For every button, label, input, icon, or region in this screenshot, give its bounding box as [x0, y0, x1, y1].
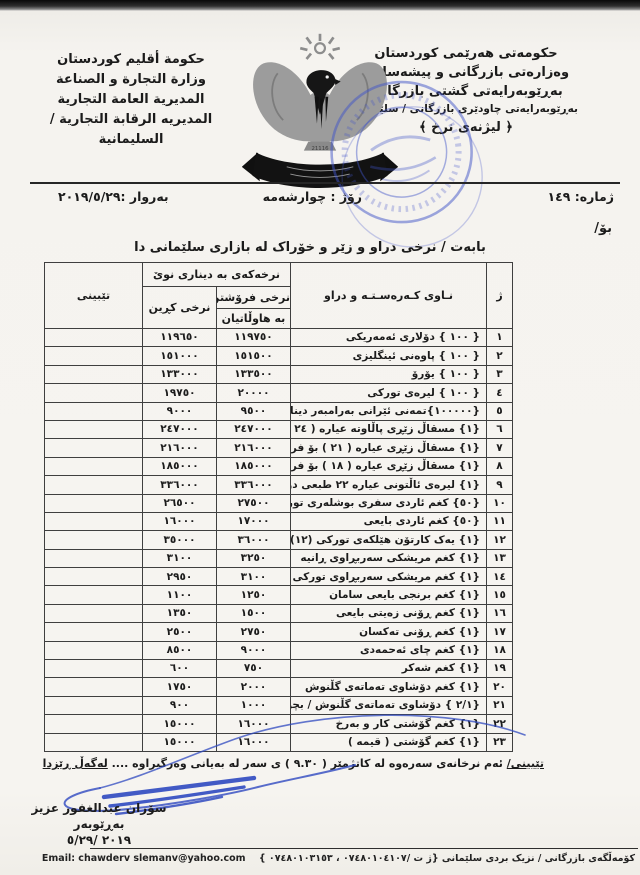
- row-note: [45, 347, 143, 365]
- price-table-body: ١ { ١٠٠ } دۆلاری ئەمەریکی ١١٩٧٥٠ ١١٩٦٥٠ …: [45, 329, 513, 752]
- row-buy-price: ١٣٣٠٠٠: [143, 365, 217, 383]
- row-number: ١٧: [487, 623, 513, 641]
- signatory-role: بەڕێوبەر: [26, 816, 172, 832]
- row-item-name: {١} کغم مریشکی سەربڕاوی ڕانیە: [291, 549, 487, 567]
- col-header-price-group: نرخەکەی بە دیناری نوێ: [143, 263, 291, 287]
- row-sell-price: ١٥١٥٠٠: [217, 347, 291, 365]
- header-line: المديريه الرقابة التجارية / السليمانية: [20, 110, 242, 150]
- row-buy-price: ٢٩٥٠: [143, 568, 217, 586]
- row-number: ٢: [487, 347, 513, 365]
- row-item-name: {١} کغم گۆشتی ( قیمە ): [291, 733, 487, 751]
- row-note: [45, 531, 143, 549]
- row-number: ١٥: [487, 586, 513, 604]
- row-note: [45, 329, 143, 347]
- row-buy-price: ٦٠٠: [143, 660, 217, 678]
- row-number: ٤: [487, 384, 513, 402]
- row-item-name: {١} کغم چای ئەحمەدی: [291, 641, 487, 659]
- row-number: ٢٣: [487, 733, 513, 751]
- row-number: ١٨: [487, 641, 513, 659]
- row-buy-price: ١١٠٠: [143, 586, 217, 604]
- row-buy-price: ١٩٧٥٠: [143, 384, 217, 402]
- row-buy-price: ١٧٥٠: [143, 678, 217, 696]
- row-number: ٢٢: [487, 715, 513, 733]
- row-note: [45, 604, 143, 622]
- row-sell-price: ١٠٠٠: [217, 696, 291, 714]
- row-sell-price: ٢٤٧٠٠٠: [217, 420, 291, 438]
- row-item-name: { ١٠٠ } یۆرۆ: [291, 365, 487, 383]
- row-number: ١٩: [487, 660, 513, 678]
- header-line: وزارة التجارة و الصناعة: [20, 70, 242, 90]
- row-item-name: {١} کغم دۆشاوی تەماتەی گڵنوش: [291, 678, 487, 696]
- row-item-name: {١} کغم گۆشتی کار و بەرخ: [291, 715, 487, 733]
- row-sell-price: ٣٣٦٠٠٠: [217, 476, 291, 494]
- table-row: ٩ {١} لیرەی ئاڵتونی عیارە ٢٢ طبعی دووبەی…: [45, 476, 513, 494]
- row-note: [45, 476, 143, 494]
- row-item-name: {٥٠} کغم ئاردی بایعی: [291, 512, 487, 530]
- footnote-line: تێبینی/ ئەم نرخانەی سەرەوە لە کاتژمێر ( …: [43, 757, 544, 770]
- row-sell-price: ٢١٦٠٠٠: [217, 439, 291, 457]
- row-buy-price: ١٥١٠٠٠: [143, 347, 217, 365]
- table-row: ١٩ {١} کغم شەکر ٧٥٠ ٦٠٠: [45, 660, 513, 678]
- row-number: ١٤: [487, 568, 513, 586]
- table-row: ١١ {٥٠} کغم ئاردی بایعی ١٧٠٠٠ ١٦٠٠٠: [45, 512, 513, 530]
- table-row: ١٤ {١} کغم مریشکی سەربڕاوی تورکی ٣١٠٠ ٢٩…: [45, 568, 513, 586]
- row-number: ٩: [487, 476, 513, 494]
- row-number: ١٢: [487, 531, 513, 549]
- row-note: [45, 457, 143, 475]
- row-sell-price: ١٢٥٠: [217, 586, 291, 604]
- row-buy-price: ٢١٦٠٠٠: [143, 439, 217, 457]
- row-sell-price: ٧٥٠: [217, 660, 291, 678]
- row-sell-price: ١٧٠٠٠: [217, 512, 291, 530]
- row-sell-price: ١٦٠٠٠: [217, 715, 291, 733]
- footer-email: Email: chawderv slemanv@yahoo.com: [42, 853, 246, 864]
- row-sell-price: ٩٠٠٠: [217, 641, 291, 659]
- row-note: [45, 733, 143, 751]
- footer-contact-line: كۆمەڵگەی بازرگانی / نزیک بردی سلێمانی {ژ…: [90, 853, 635, 864]
- row-note: [45, 623, 143, 641]
- col-header-item-name: نـاوی کـەرەسـتـە و دراو: [291, 263, 487, 329]
- table-row: ١٨ {١} کغم چای ئەحمەدی ٩٠٠٠ ٨٥٠٠: [45, 641, 513, 659]
- row-number: ١٦: [487, 604, 513, 622]
- table-row: ١٢ {١} یەک کارتۆن هێلکەی تورکی (١٢) تەبە…: [45, 531, 513, 549]
- row-note: [45, 696, 143, 714]
- table-row: ١ { ١٠٠ } دۆلاری ئەمەریکی ١١٩٧٥٠ ١١٩٦٥٠: [45, 329, 513, 347]
- col-header-notes: تێبینی: [45, 263, 143, 329]
- row-note: [45, 586, 143, 604]
- row-number: ٢٠: [487, 678, 513, 696]
- kurdistan-eagle-emblem: 21116: [242, 32, 398, 192]
- row-number: ٣: [487, 365, 513, 383]
- document-day: رۆژ : چوارشەمە: [263, 189, 362, 204]
- row-sell-price: ٢٧٥٠٠: [217, 494, 291, 512]
- row-item-name: {٢/١ } دۆشاوی تەماتەی گڵنوش / بچوک: [291, 696, 487, 714]
- row-note: [45, 384, 143, 402]
- row-note: [45, 420, 143, 438]
- row-sell-price: ١٣٣٥٠٠: [217, 365, 291, 383]
- row-buy-price: ١٦٠٠٠: [143, 512, 217, 530]
- row-item-name: {١} کغم ڕۆنی تەکسان: [291, 623, 487, 641]
- row-note: [45, 568, 143, 586]
- row-sell-price: ١١٩٧٥٠: [217, 329, 291, 347]
- row-buy-price: ٣٣٦٠٠٠: [143, 476, 217, 494]
- row-number: ٨: [487, 457, 513, 475]
- row-note: [45, 402, 143, 420]
- row-buy-price: ٢٤٧٠٠٠: [143, 420, 217, 438]
- meta-row: ژماره: ١٤٩ رۆژ : چوارشەمە بەروار :٢٠١٩/٥…: [30, 189, 620, 209]
- row-buy-price: ١٥٠٠٠: [143, 715, 217, 733]
- row-buy-price: ٣١٠٠: [143, 549, 217, 567]
- row-item-name: {١} کغم برنجی بایعی سامان: [291, 586, 487, 604]
- row-buy-price: ١٣٥٠: [143, 604, 217, 622]
- row-note: [45, 660, 143, 678]
- col-header-number: ژ: [487, 263, 513, 329]
- table-row: ٢٠ {١} کغم دۆشاوی تەماتەی گڵنوش ٢٠٠٠ ١٧٥…: [45, 678, 513, 696]
- table-row: ٢٢ {١} کغم گۆشتی کار و بەرخ ١٦٠٠٠ ١٥٠٠٠: [45, 715, 513, 733]
- row-buy-price: ٩٠٠٠: [143, 402, 217, 420]
- document-page: حکومەتی هەرێمی کوردستان وەزارەتی بازرگان…: [0, 0, 640, 875]
- table-row: ١٥ {١} کغم برنجی بایعی سامان ١٢٥٠ ١١٠٠: [45, 586, 513, 604]
- row-sell-price: ٢٠٠٠٠: [217, 384, 291, 402]
- row-item-name: { ١٠٠ } دۆلاری ئەمەریکی: [291, 329, 487, 347]
- row-item-name: {١} کغم مریشکی سەربڕاوی تورکی: [291, 568, 487, 586]
- table-row: ٣ { ١٠٠ } یۆرۆ ١٣٣٥٠٠ ١٣٣٠٠٠: [45, 365, 513, 383]
- table-row: ٧ {١} مسقاڵ زێڕی عیارە ( ٢١ ) بۆ فرۆشتن …: [45, 439, 513, 457]
- row-note: [45, 715, 143, 733]
- table-row: ٦ {١} مسقاڵ زێڕی پاڵاوتە عیارە ( ٢٤ ) بۆ…: [45, 420, 513, 438]
- row-item-name: { ١٠٠ } پاوەنی ئینگلیزی: [291, 347, 487, 365]
- row-number: ١: [487, 329, 513, 347]
- table-row: ٢ { ١٠٠ } پاوەنی ئینگلیزی ١٥١٥٠٠ ١٥١٠٠٠: [45, 347, 513, 365]
- table-row: ١٧ {١} کغم ڕۆنی تەکسان ٢٧٥٠ ٢٥٠٠: [45, 623, 513, 641]
- footer-divider: [90, 848, 638, 849]
- row-buy-price: ٨٥٠٠: [143, 641, 217, 659]
- header-line: حكومة أقليم كوردستان: [20, 50, 242, 70]
- row-item-name: {١} لیرەی ئاڵتونی عیارە ٢٢ طبعی دووبەی: [291, 476, 487, 494]
- row-item-name: {١} کغم ڕۆنی زەیتی بایعی: [291, 604, 487, 622]
- sun-icon: [300, 34, 340, 59]
- row-buy-price: ١٨٥٠٠٠: [143, 457, 217, 475]
- row-item-name: {١} کغم شەکر: [291, 660, 487, 678]
- row-number: ١١: [487, 512, 513, 530]
- document-date: بەروار :٢٠١٩/٥/٢٩: [58, 189, 169, 204]
- row-buy-price: ١١٩٦٥٠: [143, 329, 217, 347]
- table-row: ١٣ {١} کغم مریشکی سەربڕاوی ڕانیە ٣٢٥٠ ٣١…: [45, 549, 513, 567]
- table-row: ٨ {١} مسقاڵ زێڕی عیارە ( ١٨ ) بۆ فرۆشتن …: [45, 457, 513, 475]
- row-sell-price: ٢٧٥٠: [217, 623, 291, 641]
- row-buy-price: ٢٦٥٠٠: [143, 494, 217, 512]
- row-sell-price: ١٦٠٠٠: [217, 733, 291, 751]
- row-sell-price: ٣٢٥٠: [217, 549, 291, 567]
- row-item-name: {١} یەک کارتۆن هێلکەی تورکی (١٢) تەبەقی: [291, 531, 487, 549]
- svg-text:21116: 21116: [311, 146, 329, 152]
- table-row: ٥ {١٠٠٠٠٠}تمەنی ئێرانی بەرامبەر دیناری ع…: [45, 402, 513, 420]
- row-buy-price: ٣٥٠٠٠: [143, 531, 217, 549]
- row-note: [45, 678, 143, 696]
- row-sell-price: ٣١٠٠: [217, 568, 291, 586]
- row-number: ١٠: [487, 494, 513, 512]
- row-number: ٧: [487, 439, 513, 457]
- footnote-text: ئەم نرخانەی سەرەوە لە کاتژمێر ( ٩.٣٠ ) ی…: [108, 757, 503, 770]
- header-divider: [30, 182, 620, 184]
- row-item-name: {١} مسقاڵ زێڕی عیارە ( ٢١ ) بۆ فرۆشتن: [291, 439, 487, 457]
- scan-edge-top: [0, 0, 640, 11]
- price-table-header: ژ نـاوی کـەرەسـتـە و دراو نرخەکەی بە دین…: [45, 263, 513, 329]
- footer-address-phones: كۆمەڵگەی بازرگانی / نزیک بردی سلێمانی {ژ…: [259, 853, 635, 864]
- row-buy-price: ١٥٠٠٠: [143, 733, 217, 751]
- footnote-closing: لەگەڵ ڕێزدا: [43, 757, 108, 770]
- row-item-name: {١} مسقاڵ زێڕی پاڵاوتە عیارە ( ٢٤ ) بۆ ف…: [291, 420, 487, 438]
- row-number: ٢١: [487, 696, 513, 714]
- row-note: [45, 439, 143, 457]
- page-title: بابەت / نرخی دراو و زێر و خۆراک لە بازار…: [30, 240, 590, 255]
- price-table: ژ نـاوی کـەرەسـتـە و دراو نرخەکەی بە دین…: [44, 262, 513, 752]
- table-row: ٤ { ١٠٠ } لیرەی تورکی ٢٠٠٠٠ ١٩٧٥٠: [45, 384, 513, 402]
- row-number: ٥: [487, 402, 513, 420]
- col-header-sell-to-citizens: بە هاوڵاتیان: [217, 309, 291, 329]
- row-buy-price: ٩٠٠: [143, 696, 217, 714]
- row-note: [45, 549, 143, 567]
- col-header-buy-price: نرخی کڕین: [143, 287, 217, 329]
- footnote-label: تێبینی/: [507, 757, 544, 770]
- row-item-name: {١} مسقاڵ زێڕی عیارە ( ١٨ ) بۆ فرۆشتن: [291, 457, 487, 475]
- row-note: [45, 494, 143, 512]
- header-arabic-block: حكومة أقليم كوردستان وزارة التجارة و الص…: [20, 50, 242, 150]
- document-number: ژماره: ١٤٩: [548, 189, 614, 204]
- row-note: [45, 365, 143, 383]
- row-number: ١٣: [487, 549, 513, 567]
- row-item-name: {١٠٠٠٠٠}تمەنی ئێرانی بەرامبەر دیناری عێر…: [291, 402, 487, 420]
- row-sell-price: ١٨٥٠٠٠: [217, 457, 291, 475]
- table-row: ٢٣ {١} کغم گۆشتی ( قیمە ) ١٦٠٠٠ ١٥٠٠٠: [45, 733, 513, 751]
- row-item-name: { ١٠٠ } لیرەی تورکی: [291, 384, 487, 402]
- row-number: ٦: [487, 420, 513, 438]
- row-sell-price: ٣٦٠٠٠: [217, 531, 291, 549]
- col-header-sell-price: نرخی فرۆشتن: [217, 287, 291, 309]
- to-line: بۆ/: [594, 221, 612, 236]
- row-note: [45, 641, 143, 659]
- table-row: ١٦ {١} کغم ڕۆنی زەیتی بایعی ١٥٠٠ ١٣٥٠: [45, 604, 513, 622]
- signatory-name: سۆران عبدالغفور عزیز: [26, 800, 172, 816]
- table-row: ٢١ {٢/١ } دۆشاوی تەماتەی گڵنوش / بچوک ١٠…: [45, 696, 513, 714]
- row-note: [45, 512, 143, 530]
- row-sell-price: ٢٠٠٠: [217, 678, 291, 696]
- table-row: ١٠ {٥٠} کغم ئاردی سفری بوشلەری تورکی ٢٧٥…: [45, 494, 513, 512]
- signatory-date: ٢٠١٩ /٥/٢٩: [26, 832, 172, 848]
- row-item-name: {٥٠} کغم ئاردی سفری بوشلەری تورکی: [291, 494, 487, 512]
- signatory-block: سۆران عبدالغفور عزیز بەڕێوبەر ٢٠١٩ /٥/٢٩: [26, 800, 172, 848]
- row-sell-price: ١٥٠٠: [217, 604, 291, 622]
- header-line: المديرية العامة التجارية: [20, 90, 242, 110]
- row-buy-price: ٢٥٠٠: [143, 623, 217, 641]
- row-sell-price: ٩٥٠٠: [217, 402, 291, 420]
